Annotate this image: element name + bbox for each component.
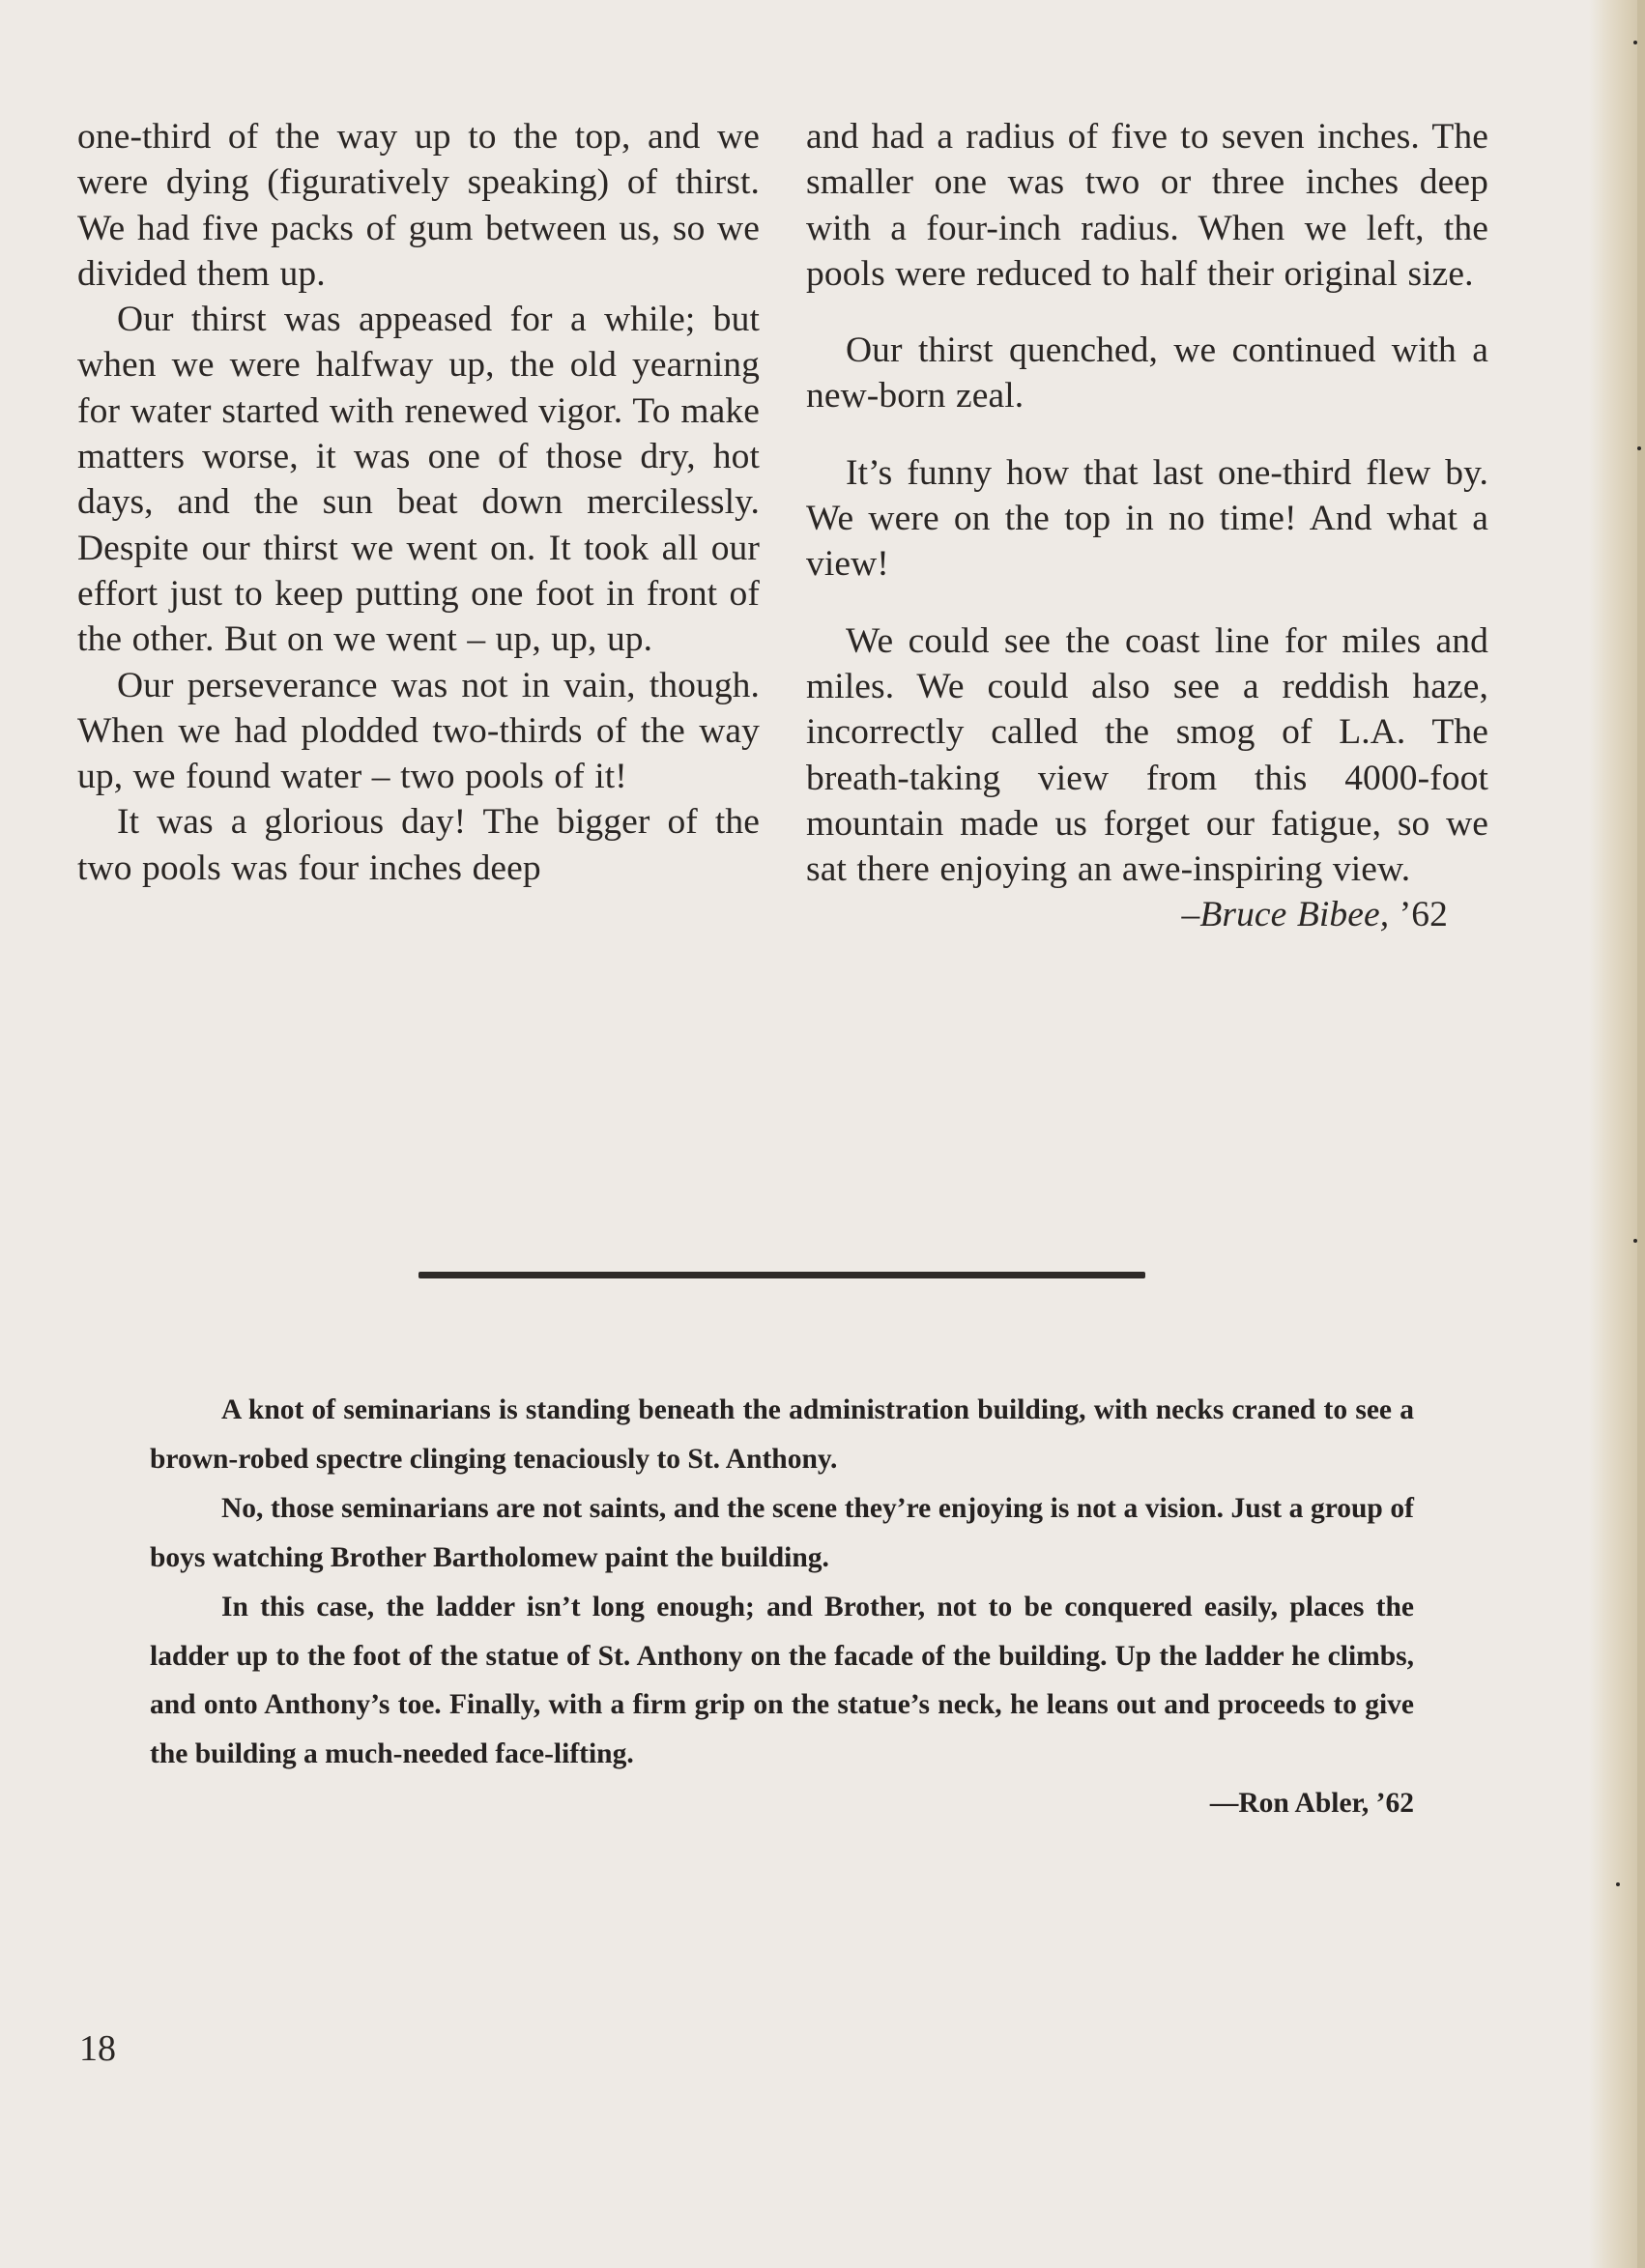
article-2-paragraph: A knot of seminarians is standing beneat…: [150, 1386, 1414, 1483]
page-number: 18: [79, 2027, 116, 2070]
paper-speck: [1633, 1239, 1637, 1243]
article-1-paragraph: We could see the coast line for miles an…: [806, 618, 1488, 893]
article-1-byline: –Bruce Bibee, ’62: [806, 892, 1488, 937]
article-1-paragraph: It’s funny how that last one-third flew …: [806, 450, 1488, 588]
byline-author: –Bruce Bibee,: [1182, 895, 1390, 934]
paper-speck: [1633, 41, 1637, 44]
section-divider-rule: [418, 1272, 1145, 1278]
article-1-paragraph: one-third of the way up to the top, and …: [77, 114, 760, 297]
article-1-right-column: and had a radius of five to seven inches…: [806, 114, 1488, 938]
article-1-paragraph: Our perseverance was not in vain, though…: [77, 663, 760, 800]
article-1-paragraph: and had a radius of five to seven inches…: [806, 114, 1488, 297]
paper-speck: [1637, 446, 1641, 450]
article-1-paragraph: It was a glorious day! The bigger of the…: [77, 799, 760, 891]
paper-speck: [1616, 1882, 1620, 1886]
article-2-paragraph: In this case, the ladder isn’t long enou…: [150, 1583, 1414, 1778]
article-2: A knot of seminarians is standing beneat…: [150, 1386, 1414, 1829]
article-1-paragraph: Our thirst quenched, we continued with a…: [806, 328, 1488, 419]
page-edge-shadow: [1637, 0, 1645, 2268]
article-2-paragraph: No, those seminarians are not saints, an…: [150, 1484, 1414, 1582]
article-2-byline: —Ron Abler, ’62: [150, 1779, 1414, 1828]
article-1-paragraph: Our thirst was appeased for a while; but…: [77, 297, 760, 662]
article-1-left-column: one-third of the way up to the top, and …: [77, 114, 760, 891]
byline-year: ’62: [1389, 895, 1448, 934]
